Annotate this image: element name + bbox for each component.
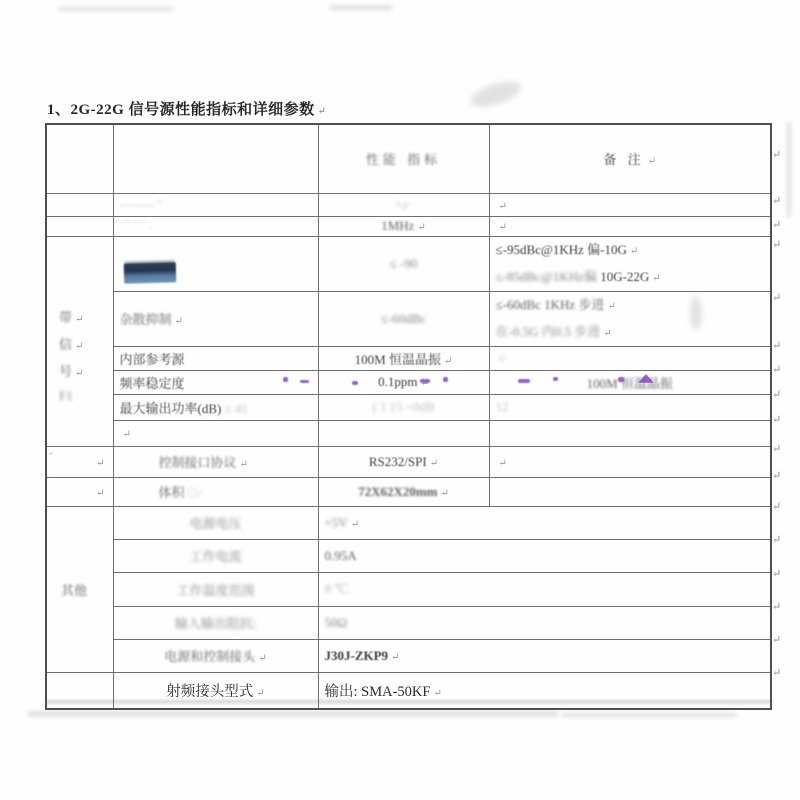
- cell-label-rf-connector: 射频接头型式↵: [113, 672, 318, 709]
- group-char: F1: [59, 388, 73, 403]
- return-mark: ↵: [318, 106, 327, 117]
- return-mark: ↵: [433, 688, 441, 699]
- margin-return-mark: ↵: [772, 500, 781, 513]
- return-mark: ↵: [75, 341, 83, 352]
- remark-line: 10G-22G: [600, 269, 649, 284]
- margin-return-mark: ↵: [772, 533, 781, 546]
- page-title: 1、2G-22G 信号源性能指标和详细参数↵: [47, 98, 326, 119]
- label-text: 电源和控制接头: [164, 649, 255, 664]
- cell-label-max-output-power: 最大输出功率(dB) ≥ 41: [113, 394, 318, 420]
- remark-line: ≤-95dBc@1KHz 偏-10G: [496, 242, 627, 257]
- label-text: 控制接口协议: [159, 455, 237, 470]
- row-spacer: ↵: [46, 420, 771, 446]
- header-row: 性能 指标 备 注↵: [46, 124, 771, 193]
- cell-label-power-control-connector: 电源和控制接头↵: [113, 639, 318, 672]
- cell-value-power-control-connector: J30J-ZKP9↵: [318, 639, 771, 672]
- margin-return-mark: ↵: [772, 363, 781, 376]
- cell-value-max-output-power: ( 1 15 ~0dB: [318, 394, 489, 420]
- cell-remark-control-interface: ↵: [489, 446, 771, 477]
- value-text: ≤ -90: [390, 256, 418, 271]
- value-text: J30J-ZKP9: [325, 648, 389, 663]
- value-text: 0.95A: [325, 548, 357, 563]
- group-char: 号: [59, 364, 72, 379]
- group-cell-mark: ↵: [46, 477, 113, 506]
- label-text: 电源电压: [189, 516, 241, 531]
- label-text-faint: □ ∕: [188, 485, 201, 500]
- group-label-text: 其他: [53, 583, 87, 598]
- row-working-current: 工作电流 0.95A: [46, 539, 771, 572]
- cell-remark-phase-noise: ≤-95dBc@1KHz 偏-10G↵ ≤-85dBc@1KHz偏 10G-22…: [489, 236, 771, 291]
- return-mark: ↵: [607, 301, 615, 312]
- purple-scribble: [283, 377, 288, 382]
- margin-return-mark: ↵: [772, 218, 781, 231]
- header-cell-indicator: 性能 指标: [318, 124, 489, 193]
- cell-label-supply-voltage: 电源电压: [113, 506, 318, 539]
- label-text: 射频接头型式: [166, 684, 253, 700]
- header-cell-parameter: [113, 124, 318, 193]
- purple-scribble: [352, 381, 358, 385]
- return-mark: ↵: [648, 156, 656, 167]
- label-text: -·—— ˝: [120, 197, 162, 212]
- cell-label-io-impedance: 输入输出阻抗:: [113, 606, 318, 639]
- header-cell-remark: 备 注↵: [489, 124, 771, 193]
- cell-label-control-interface: 控制接口协议↵: [113, 446, 318, 477]
- remark-line: 在-0.5G 内0.5 步进: [496, 324, 601, 339]
- cell-label-frequency-range: -·—— ˝: [113, 193, 318, 216]
- label-text: 工作温度范围: [176, 583, 254, 598]
- row-group-label-band-signal: 带↵ 信↵ 号↵ F1: [46, 236, 113, 446]
- cell-label-temperature-range: 工作温度范围: [113, 572, 318, 606]
- value-text: 0.1ppm: [378, 374, 417, 389]
- cell-value-supply-voltage: +5V↵: [318, 506, 771, 539]
- return-mark: ↵: [75, 314, 83, 325]
- cell-label-volume: 体积 □ ∕: [113, 477, 318, 506]
- remark-line: ≤-85dBc@1KHz偏: [496, 269, 601, 284]
- cell-label-frequency-stability: 频率稳定度: [113, 370, 318, 394]
- return-mark: ↵: [444, 356, 452, 367]
- return-mark: ↵: [351, 519, 359, 530]
- row-rf-connector: 射频接头型式↵ 输出: SMA-50KF↵: [46, 672, 771, 709]
- scan-artifact: [787, 122, 791, 217]
- cell-label-phase-noise: [113, 236, 318, 291]
- margin-return-mark: ↵: [772, 148, 781, 161]
- group-cell-mark: ↵: [46, 446, 113, 477]
- cell-value-phase-noise: ≤ -90: [318, 236, 489, 291]
- margin-return-mark: ↵: [772, 194, 781, 207]
- cell-value-internal-reference: 100M 恒温晶振↵: [318, 346, 489, 370]
- cell-value-volume: 72X62X20mm↵: [318, 477, 489, 506]
- margin-return-mark: ↵: [772, 633, 781, 646]
- return-mark: ↵: [123, 429, 131, 440]
- value-text: +5V: [325, 515, 348, 530]
- label-text: 输入输出阻抗:: [175, 616, 257, 631]
- label-text: ⌒⌒ ·: [120, 220, 154, 235]
- margin-return-mark: ↵: [772, 600, 781, 613]
- label-text: 内部参考源: [120, 352, 185, 367]
- purple-scribble: [618, 377, 624, 382]
- margin-return-mark: ↵: [772, 469, 781, 482]
- cell-label-working-current: 工作电流: [113, 539, 318, 572]
- return-mark: ↵: [96, 488, 104, 499]
- header-remark-label: 备 注: [603, 152, 644, 167]
- cell-value-temperature-range: 8 ℃: [318, 572, 771, 606]
- return-mark: ↵: [75, 368, 83, 379]
- cell-label-frequency-step: ⌒⌒ ·: [113, 216, 318, 236]
- cell-label-spurious: 杂散抑制↵: [113, 291, 318, 346]
- label-text: 杂散抑制: [120, 312, 172, 327]
- return-mark: ↵: [652, 273, 660, 284]
- purple-scribble: [553, 377, 558, 381]
- scan-artifact: [562, 713, 737, 717]
- cell-remark-max-output-power: 12: [489, 394, 771, 420]
- return-mark: ↵: [603, 328, 611, 339]
- row-frequency-step: ⌒⌒ · 1MHz↵ ↵: [46, 216, 771, 236]
- label-text: 频率稳定度: [120, 376, 185, 391]
- blue-highlight-redaction: [123, 262, 176, 283]
- row-control-interface: ↵ 控制接口协议↵ RS232/SPI↵ ↵: [46, 446, 771, 477]
- row-volume: ↵ 体积 □ ∕ 72X62X20mm↵: [46, 477, 771, 506]
- row-spurious: 杂散抑制↵ ≤-60dBc ≤-60dBc 1KHz 步进↵ 在-0.5G 内0…: [46, 291, 771, 346]
- return-mark: ↵: [240, 459, 248, 470]
- return-mark: ↵: [256, 688, 264, 699]
- band-signal-vertical-label: 带↵ 信↵ 号↵ F1: [53, 279, 107, 404]
- cell-remark-internal-reference: 〃: [489, 346, 771, 370]
- spec-table: 性能 指标 备 注↵ -·—— ˝ ϟ϶· ↵ ⌒⌒ · 1MHz↵ ↵: [45, 123, 772, 710]
- label-text: 工作电流: [189, 549, 241, 564]
- page-title-text: 1、2G-22G 信号源性能指标和详细参数: [47, 102, 315, 118]
- row-frequency-range: -·—— ˝ ϟ϶· ↵: [46, 193, 771, 216]
- margin-return-mark: ↵: [772, 388, 781, 401]
- row-temperature-range: 工作温度范围 8 ℃: [46, 572, 771, 606]
- cell-label-internal-reference: 内部参考源: [113, 346, 318, 370]
- header-cell-group: [46, 124, 113, 193]
- cell-spacer-remark: [489, 420, 771, 446]
- return-mark: ↵: [258, 653, 266, 664]
- scan-artifact: [58, 7, 173, 11]
- cell-remark-frequency-range: ↵: [489, 193, 771, 216]
- value-text: 输出: SMA-50KF: [325, 684, 431, 700]
- scan-smudge: [468, 76, 524, 111]
- remark-text: 100M 恒温晶振: [587, 376, 673, 391]
- value-text: RS232/SPI: [369, 454, 427, 469]
- return-mark: ↵: [391, 652, 399, 663]
- scan-artifact: [330, 5, 392, 10]
- row-phase-noise: 带↵ 信↵ 号↵ F1 ≤ -90 ≤-95dBc@1KHz 偏-10G↵ ≤-…: [46, 236, 771, 291]
- cell-remark-spurious: ≤-60dBc 1KHz 步进↵ 在-0.5G 内0.5 步进↵: [489, 291, 771, 346]
- group-cell-empty: [46, 193, 113, 216]
- cell-value-frequency-range: ϟ϶·: [318, 193, 489, 216]
- row-group-label-other: 其他: [46, 506, 113, 672]
- return-mark: ↵: [499, 458, 507, 469]
- scan-artifact: [28, 711, 558, 717]
- cell-value-working-current: 0.95A: [318, 539, 771, 572]
- cell-remark-frequency-stability: 100M 恒温晶振: [489, 370, 771, 394]
- row-internal-reference: 内部参考源 100M 恒温晶振↵ 〃: [46, 346, 771, 370]
- remark-text: 〃: [496, 352, 509, 367]
- return-mark: ↵: [430, 458, 438, 469]
- group-cell-empty: [46, 672, 113, 709]
- return-mark: ↵: [175, 316, 183, 327]
- value-text: ≤-60dBc: [381, 311, 426, 326]
- return-mark: ↵: [417, 222, 425, 233]
- margin-return-mark: ↵: [772, 442, 781, 455]
- purple-scribble: [420, 379, 430, 383]
- value-text: 100M 恒温晶振: [355, 352, 441, 367]
- remark-text: 12: [496, 399, 509, 414]
- return-mark: ↵: [499, 222, 507, 233]
- value-text: 1MHz: [381, 218, 414, 233]
- row-io-impedance: 输入输出阻抗: 50Ω: [46, 606, 771, 639]
- cell-value-frequency-step: 1MHz↵: [318, 216, 489, 236]
- row-frequency-stability: 频率稳定度 0.1ppm↵ 100M 恒温晶振: [46, 370, 771, 394]
- cell-value-control-interface: RS232/SPI↵: [318, 446, 489, 477]
- value-text: 50Ω: [325, 615, 348, 630]
- purple-scribble: [443, 377, 448, 382]
- return-mark: ↵: [441, 488, 449, 499]
- label-text-faint: ≥ 41: [225, 401, 248, 416]
- value-text: ϟ϶·: [396, 197, 411, 212]
- margin-return-mark: ↵: [772, 567, 781, 580]
- cell-remark-frequency-step: ↵: [489, 216, 771, 236]
- header-indicator-label: 性能 指标: [366, 152, 441, 167]
- return-mark: ↵: [96, 458, 104, 469]
- label-text: 最大输出功率(dB): [120, 401, 222, 416]
- margin-return-mark: ↵: [772, 238, 781, 251]
- row-power-control-connector: 电源和控制接头↵ J30J-ZKP9↵: [46, 639, 771, 672]
- return-mark: ↵: [630, 246, 638, 257]
- label-text: 体积: [159, 485, 185, 500]
- value-text: ( 1 15 ~0dB: [372, 399, 434, 414]
- row-max-output-power: 最大输出功率(dB) ≥ 41 ( 1 15 ~0dB 12: [46, 394, 771, 420]
- group-char: 信: [59, 337, 72, 352]
- cell-spacer: ↵: [113, 420, 318, 446]
- cell-spacer-value: [318, 420, 489, 446]
- margin-return-mark: ↵: [772, 413, 781, 426]
- return-mark: ↵: [499, 201, 507, 212]
- cell-value-frequency-stability: 0.1ppm↵: [318, 370, 489, 394]
- cell-value-io-impedance: 50Ω: [318, 606, 771, 639]
- cell-value-spurious: ≤-60dBc: [318, 291, 489, 346]
- margin-return-mark: ↵: [772, 291, 781, 304]
- cell-remark-volume: [489, 477, 771, 506]
- remark-line: ≤-60dBc 1KHz 步进: [496, 297, 605, 312]
- purple-scribble: [300, 380, 309, 383]
- margin-return-mark: ↵: [772, 339, 781, 352]
- value-text: 8 ℃: [325, 581, 349, 596]
- purple-scribble: [518, 379, 530, 383]
- row-supply-voltage: 其他 电源电压 +5V↵: [46, 506, 771, 539]
- margin-return-mark: ↵: [772, 666, 781, 679]
- cell-value-rf-connector: 输出: SMA-50KF↵: [318, 672, 771, 709]
- value-text: 72X62X20mm: [358, 484, 437, 499]
- group-char: 带: [59, 310, 72, 325]
- scanned-document-page: - · 1、2G-22G 信号源性能指标和详细参数↵ 性能 指标 备 注↵ -·…: [0, 0, 800, 800]
- group-cell-empty: [46, 216, 113, 236]
